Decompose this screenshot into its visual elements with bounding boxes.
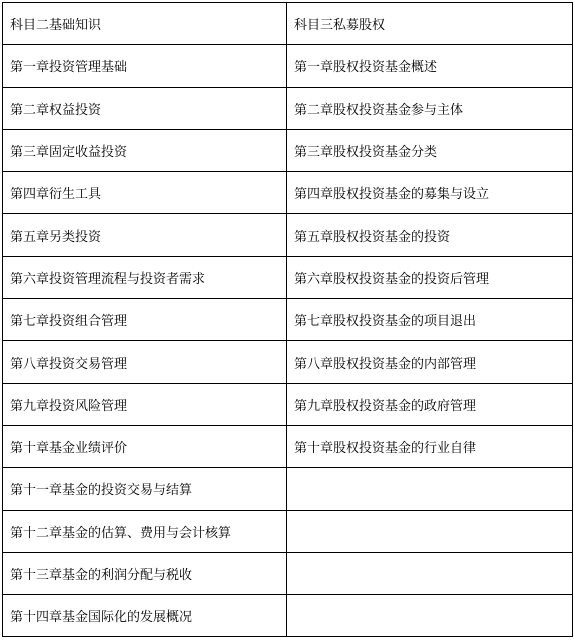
header-subject-2: 科目二基础知识 [3,3,287,45]
cell-subject-3: 第二章股权投资基金参与主体 [287,87,573,129]
table-header-row: 科目二基础知识 科目三私募股权 [3,3,573,45]
table-row: 第十一章基金的投资交易与结算 [3,468,573,510]
table-row: 第一章投资管理基础 第一章股权投资基金概述 [3,45,573,87]
cell-subject-3 [287,468,573,510]
cell-subject-2: 第十一章基金的投资交易与结算 [3,468,287,510]
cell-subject-3: 第四章股权投资基金的募集与设立 [287,172,573,214]
cell-subject-2: 第十三章基金的利润分配与税收 [3,552,287,594]
cell-subject-2: 第四章衍生工具 [3,172,287,214]
cell-subject-3: 第九章股权投资基金的政府管理 [287,383,573,425]
table-row: 第二章权益投资 第二章股权投资基金参与主体 [3,87,573,129]
cell-subject-3: 第一章股权投资基金概述 [287,45,573,87]
table-row: 第十二章基金的估算、费用与会计核算 [3,510,573,552]
cell-subject-3: 第十章股权投资基金的行业自律 [287,425,573,467]
cell-subject-3 [287,595,573,637]
syllabus-table: 科目二基础知识 科目三私募股权 第一章投资管理基础 第一章股权投资基金概述 第二… [2,2,573,637]
cell-subject-3 [287,510,573,552]
table-row: 第四章衍生工具 第四章股权投资基金的募集与设立 [3,172,573,214]
cell-subject-2: 第七章投资组合管理 [3,299,287,341]
cell-subject-2: 第十四章基金国际化的发展概况 [3,595,287,637]
cell-subject-2: 第十章基金业绩评价 [3,425,287,467]
header-subject-3: 科目三私募股权 [287,3,573,45]
cell-subject-3: 第八章股权投资基金的内部管理 [287,341,573,383]
cell-subject-3: 第五章股权投资基金的投资 [287,214,573,256]
cell-subject-2: 第十二章基金的估算、费用与会计核算 [3,510,287,552]
cell-subject-2: 第八章投资交易管理 [3,341,287,383]
table-row: 第六章投资管理流程与投资者需求 第六章股权投资基金的投资后管理 [3,256,573,298]
table-row: 第十三章基金的利润分配与税收 [3,552,573,594]
cell-subject-2: 第二章权益投资 [3,87,287,129]
table-row: 第七章投资组合管理 第七章股权投资基金的项目退出 [3,299,573,341]
table-row: 第五章另类投资 第五章股权投资基金的投资 [3,214,573,256]
cell-subject-2: 第五章另类投资 [3,214,287,256]
table-row: 第三章固定收益投资 第三章股权投资基金分类 [3,129,573,171]
cell-subject-3: 第七章股权投资基金的项目退出 [287,299,573,341]
table-row: 第八章投资交易管理 第八章股权投资基金的内部管理 [3,341,573,383]
table-row: 第九章投资风险管理 第九章股权投资基金的政府管理 [3,383,573,425]
table-row: 第十章基金业绩评价 第十章股权投资基金的行业自律 [3,425,573,467]
cell-subject-3: 第三章股权投资基金分类 [287,129,573,171]
cell-subject-2: 第三章固定收益投资 [3,129,287,171]
cell-subject-2: 第九章投资风险管理 [3,383,287,425]
cell-subject-2: 第一章投资管理基础 [3,45,287,87]
table-row: 第十四章基金国际化的发展概况 [3,595,573,637]
cell-subject-2: 第六章投资管理流程与投资者需求 [3,256,287,298]
cell-subject-3 [287,552,573,594]
cell-subject-3: 第六章股权投资基金的投资后管理 [287,256,573,298]
